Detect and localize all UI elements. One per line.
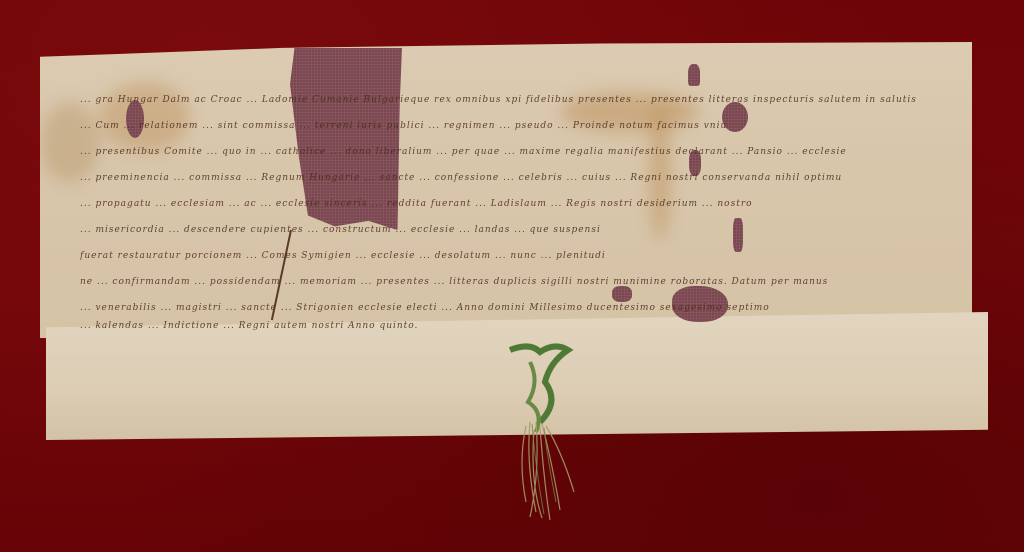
text-line: ... misericordia ... descendere cupiente… bbox=[80, 225, 920, 245]
text-line: ne ... confirmandam ... possidendam ... … bbox=[80, 277, 920, 297]
text-line: ... presentibus Comite ... quo in ... ca… bbox=[80, 147, 920, 167]
charter-text: ... gra Hungar Dalm ac Croac ... Ladomie… bbox=[80, 95, 920, 325]
hole bbox=[688, 64, 700, 86]
text-line: ... preeminencia ... commissa ... Regnum… bbox=[80, 173, 920, 193]
text-line: fuerat restauratur porcionem ... Comes S… bbox=[80, 251, 920, 271]
seal-cord bbox=[500, 342, 580, 522]
text-line: ... gra Hungar Dalm ac Croac ... Ladomie… bbox=[80, 95, 920, 115]
text-line: ... venerabilis ... magistri ... sancte … bbox=[80, 303, 920, 323]
text-line: ... kalendas ... Indictione ... Regni au… bbox=[80, 321, 920, 341]
text-line: ... Cum ... relationem ... sint commissa… bbox=[80, 121, 920, 141]
text-line: ... propagatu ... ecclesiam ... ac ... e… bbox=[80, 199, 920, 219]
